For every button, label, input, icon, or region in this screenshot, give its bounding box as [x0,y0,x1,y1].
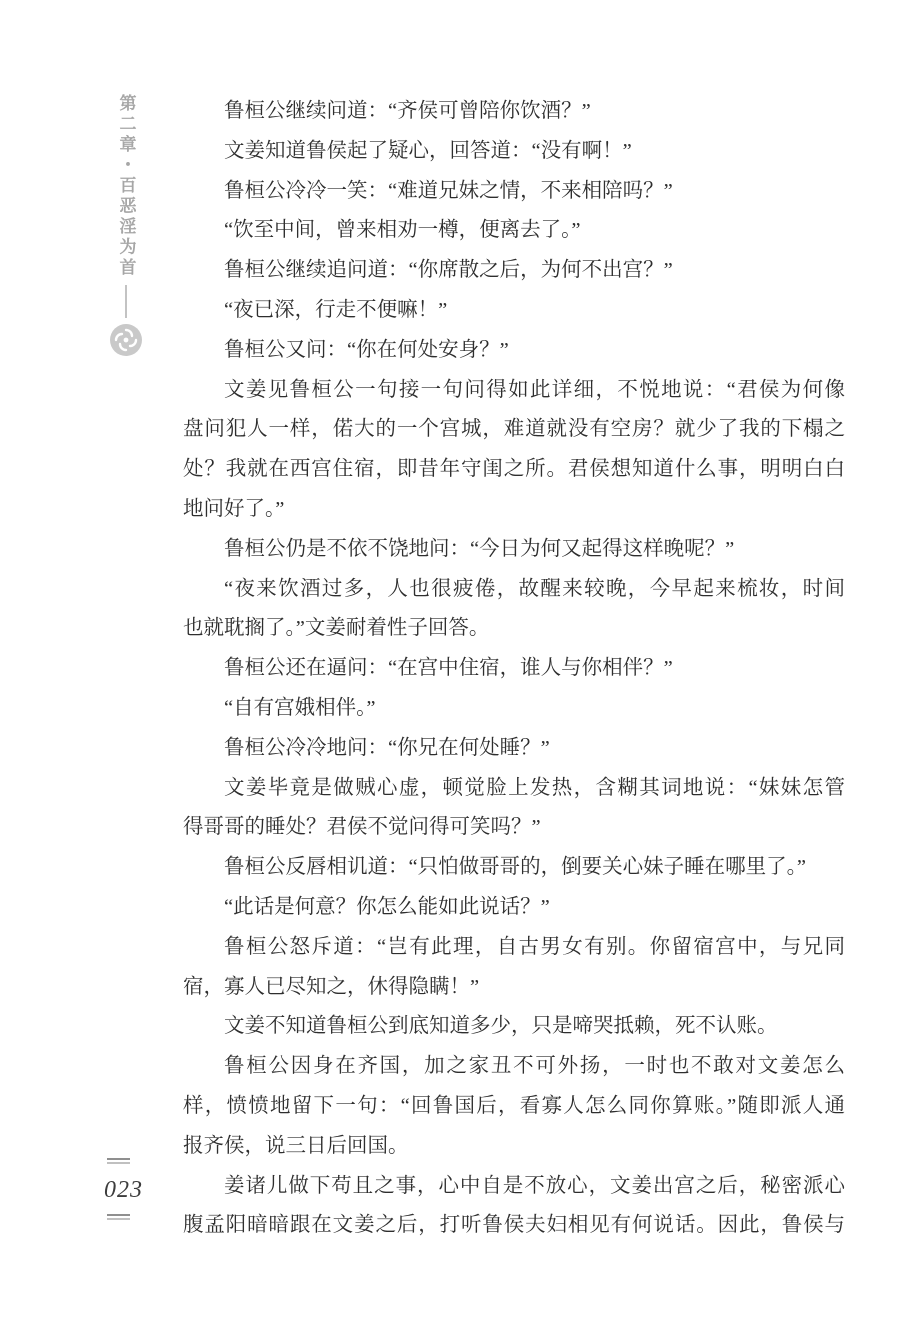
text-line: 文姜见鲁桓公一句接一句问得如此详细，不悦地说：“君侯为何像 [183,371,845,411]
cloud-swirl-seal-icon [109,323,143,357]
text-line: 鲁桓公又问：“你在何处安身？” [183,331,845,371]
text-line: “夜来饮酒过多，人也很疲倦，故醒来较晚，今早起来梳妆，时间 [183,570,845,610]
text-line: 鲁桓公仍是不依不饶地问：“今日为何又起得这样晚呢？” [183,530,845,570]
folio: 023 [104,1158,164,1220]
folio-top-rule [107,1158,130,1164]
text-line: 文姜毕竟是做贼心虚，顿觉脸上发热，含糊其词地说：“妹妹怎管 [183,769,845,809]
book-page: 第二章・百恶淫为首 鲁桓公继续问道：“齐侯可曾陪你饮酒？”文姜知道鲁侯起了疑心，… [0,0,913,1338]
chapter-dash-rule [125,285,127,318]
text-line: 文姜知道鲁侯起了疑心，回答道：“没有啊！” [183,132,845,172]
text-line: 鲁桓公继续追问道：“你席散之后，为何不出宫？” [183,251,845,291]
text-line: 盘问犯人一样，偌大的一个宫城，难道就没有空房？就少了我的下榻之 [183,410,845,450]
chapter-sidebar: 第二章・百恶淫为首 [108,94,144,357]
text-line: “夜已深，行走不便嘛！” [183,291,845,331]
text-line: “自有宫娥相伴。” [183,689,845,729]
text-line: 样，愤愤地留下一句：“回鲁国后，看寡人怎么同你算账。”随即派人通 [183,1087,845,1127]
text-line: 鲁桓公因身在齐国，加之家丑不可外扬，一时也不敢对文姜怎么 [183,1047,845,1087]
folio-bottom-rule [107,1214,130,1220]
text-line: 鲁桓公还在逼问：“在宫中住宿，谁人与你相伴？” [183,649,845,689]
text-line: 鲁桓公继续问道：“齐侯可曾陪你饮酒？” [183,92,845,132]
text-line: “此话是何意？你怎么能如此说话？” [183,888,845,928]
text-line: 鲁桓公冷冷地问：“你兄在何处睡？” [183,729,845,769]
body-text: 鲁桓公继续问道：“齐侯可曾陪你饮酒？”文姜知道鲁侯起了疑心，回答道：“没有啊！”… [183,92,845,1246]
text-line: 处？我就在西宫住宿，即昔年守闺之所。君侯想知道什么事，明明白白 [183,450,845,490]
text-line: 鲁桓公怒斥道：“岂有此理，自古男女有别。你留宿宫中，与兄同 [183,928,845,968]
text-line: 报齐侯，说三日后回国。 [183,1127,845,1167]
text-line: 得哥哥的睡处？君侯不觉问得可笑吗？” [183,808,845,848]
text-line: 地问好了。” [183,490,845,530]
text-line: 也就耽搁了。”文姜耐着性子回答。 [183,609,845,649]
text-line: 鲁桓公冷冷一笑：“难道兄妹之情，不来相陪吗？” [183,172,845,212]
text-line: 鲁桓公反唇相讥道：“只怕做哥哥的，倒要关心妹子睡在哪里了。” [183,848,845,888]
chapter-title: 第二章・百恶淫为首 [118,94,135,279]
text-line: 文姜不知道鲁桓公到底知道多少，只是啼哭抵赖，死不认账。 [183,1007,845,1047]
text-line: 腹孟阳暗暗跟在文姜之后，打听鲁侯夫妇相见有何说话。因此，鲁侯与 [183,1206,845,1246]
text-line: “饮至中间，曾来相劝一樽，便离去了。” [183,211,845,251]
page-number: 023 [104,1178,164,1202]
text-line: 姜诸儿做下苟且之事，心中自是不放心，文姜出宫之后，秘密派心 [183,1167,845,1207]
text-line: 宿，寡人已尽知之，休得隐瞒！” [183,968,845,1008]
